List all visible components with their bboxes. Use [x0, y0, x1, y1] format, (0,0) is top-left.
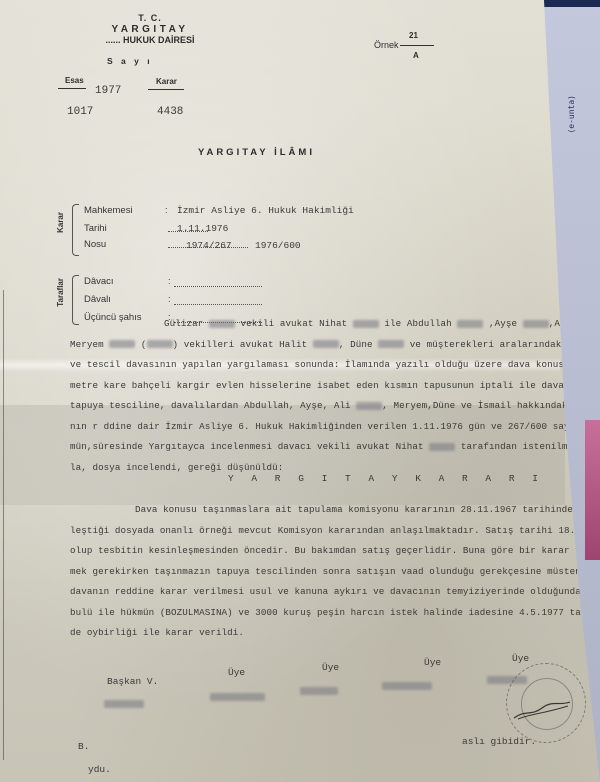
signature-role-uye-2: Üye	[322, 662, 339, 673]
colon: :	[168, 294, 171, 304]
signature-icon	[512, 700, 572, 720]
redacted-text	[313, 340, 339, 348]
esas-label: Esas	[65, 76, 84, 85]
field-label-davali: Dâvalı	[84, 294, 111, 305]
sayi-label: S a y ı	[107, 56, 153, 66]
body-line: leştiği dosyada onanlı örneği mevcut Kom…	[70, 525, 600, 536]
colon: :	[168, 276, 171, 286]
ornek-letter: A	[413, 51, 419, 60]
esas-number: 1017	[67, 106, 93, 118]
ornek-label: Örnek	[374, 40, 399, 50]
redacted-text	[147, 340, 173, 348]
redacted-text	[356, 402, 382, 410]
header-country: T. C.	[110, 13, 190, 23]
karar-number: 4438	[157, 106, 183, 118]
signature-role-uye-3: Üye	[424, 657, 441, 668]
body-line: mek gerekirken taşınmazın tapuya tescili…	[70, 566, 600, 577]
field-label-tarihi: Tarihi	[84, 223, 107, 234]
body-line: Meryem () vekilleri avukat Halit , Düne …	[70, 339, 600, 350]
certification-text: aslı gibidir.	[462, 736, 536, 747]
signature-role-baskan: Başkan V.	[107, 676, 158, 687]
footer-left-1: B.	[78, 741, 89, 752]
background-dark-edge	[540, 0, 600, 7]
court-document: T. C. YARGITAY ...... HUKUK DAİRESİ S a …	[0, 0, 600, 782]
body-line: la, dosya incelendi, gereği düşünüldü:	[70, 462, 283, 473]
body-line: tapuya tesciline, davalılardan Abdullah,…	[70, 400, 600, 411]
redacted-text	[429, 443, 455, 451]
redacted-text	[353, 320, 379, 328]
body-line: Gülizar vekili avukat Nihat ile Abdullah…	[164, 318, 600, 329]
field-label-davaci: Dâvacı	[84, 276, 114, 287]
dotted-line	[174, 277, 262, 287]
redacted-name	[300, 687, 338, 695]
colon: :	[165, 205, 168, 215]
signature-role-uye-4: Üye	[512, 653, 529, 664]
body-line: mün,süresinde Yargıtayca incelenmesi dav…	[70, 441, 600, 452]
body-line: metre kare bahçeli kargir evlen hisseler…	[70, 380, 600, 391]
redacted-text	[209, 320, 235, 328]
karar-brace	[72, 204, 79, 256]
header-court: YARGITAY	[85, 24, 215, 35]
redacted-name	[104, 700, 144, 708]
body-line: davanın reddine karar verilmesi usul ve …	[70, 586, 600, 597]
body-line: ve tescil davasının yapılan yargılaması …	[70, 359, 598, 370]
karar-underline	[148, 89, 184, 90]
background-object-pink	[585, 420, 600, 560]
redacted-text	[378, 340, 404, 348]
karar-side-label: Karar	[56, 212, 65, 233]
field-value-nosu-2: 1976/600	[255, 240, 301, 251]
dotted-line	[174, 295, 262, 305]
redacted-text	[457, 320, 483, 328]
ornek-number: 21	[409, 31, 418, 40]
redacted-name	[382, 682, 432, 690]
taraflar-brace	[72, 275, 79, 325]
redacted-name	[210, 693, 265, 701]
body-line: Dava konusu taşınmaslara ait tapulama ko…	[135, 504, 600, 515]
redacted-text	[109, 340, 135, 348]
field-label-nosu: Nosu	[84, 239, 106, 250]
footer-left-2: ydu.	[88, 764, 111, 775]
background-label: (e-unta)	[567, 95, 576, 134]
redacted-text	[523, 320, 549, 328]
taraflar-side-label: Taraflar	[56, 278, 65, 307]
field-value-nosu: 1974/267	[186, 240, 232, 251]
ornek-line	[400, 45, 434, 46]
signature-role-uye-1: Üye	[228, 667, 245, 678]
document-title: YARGITAY İLÂMI	[198, 147, 315, 158]
body-line: de oybirliği ile karar verildi.	[70, 627, 244, 638]
field-label-mahkemesi: Mahkemesi	[84, 205, 133, 216]
body-line: olup tesbitin kesinleşmesinden öncedir. …	[70, 545, 600, 556]
decision-heading: Y A R G I T A Y K A R A R I	[228, 473, 544, 484]
body-line: nın r ddine dair İzmir Asliye 6. Hukuk H…	[70, 421, 600, 432]
header-chamber: ...... HUKUK DAİRESİ	[75, 35, 225, 45]
esas-year: 1977	[95, 85, 121, 97]
margin-line	[3, 290, 4, 760]
field-value-tarihi: 1.11.1976	[177, 223, 228, 234]
esas-underline	[58, 88, 86, 89]
karar-label: Karar	[156, 77, 177, 86]
field-value-mahkemesi: İzmir Asliye 6. Hukuk Hakimliği	[177, 205, 354, 216]
body-line: bulü ile hükmün (BOZULMASINA) ve 3000 ku…	[70, 607, 600, 618]
field-label-ucuncu-sahis: Üçüncü şahıs	[84, 312, 142, 323]
